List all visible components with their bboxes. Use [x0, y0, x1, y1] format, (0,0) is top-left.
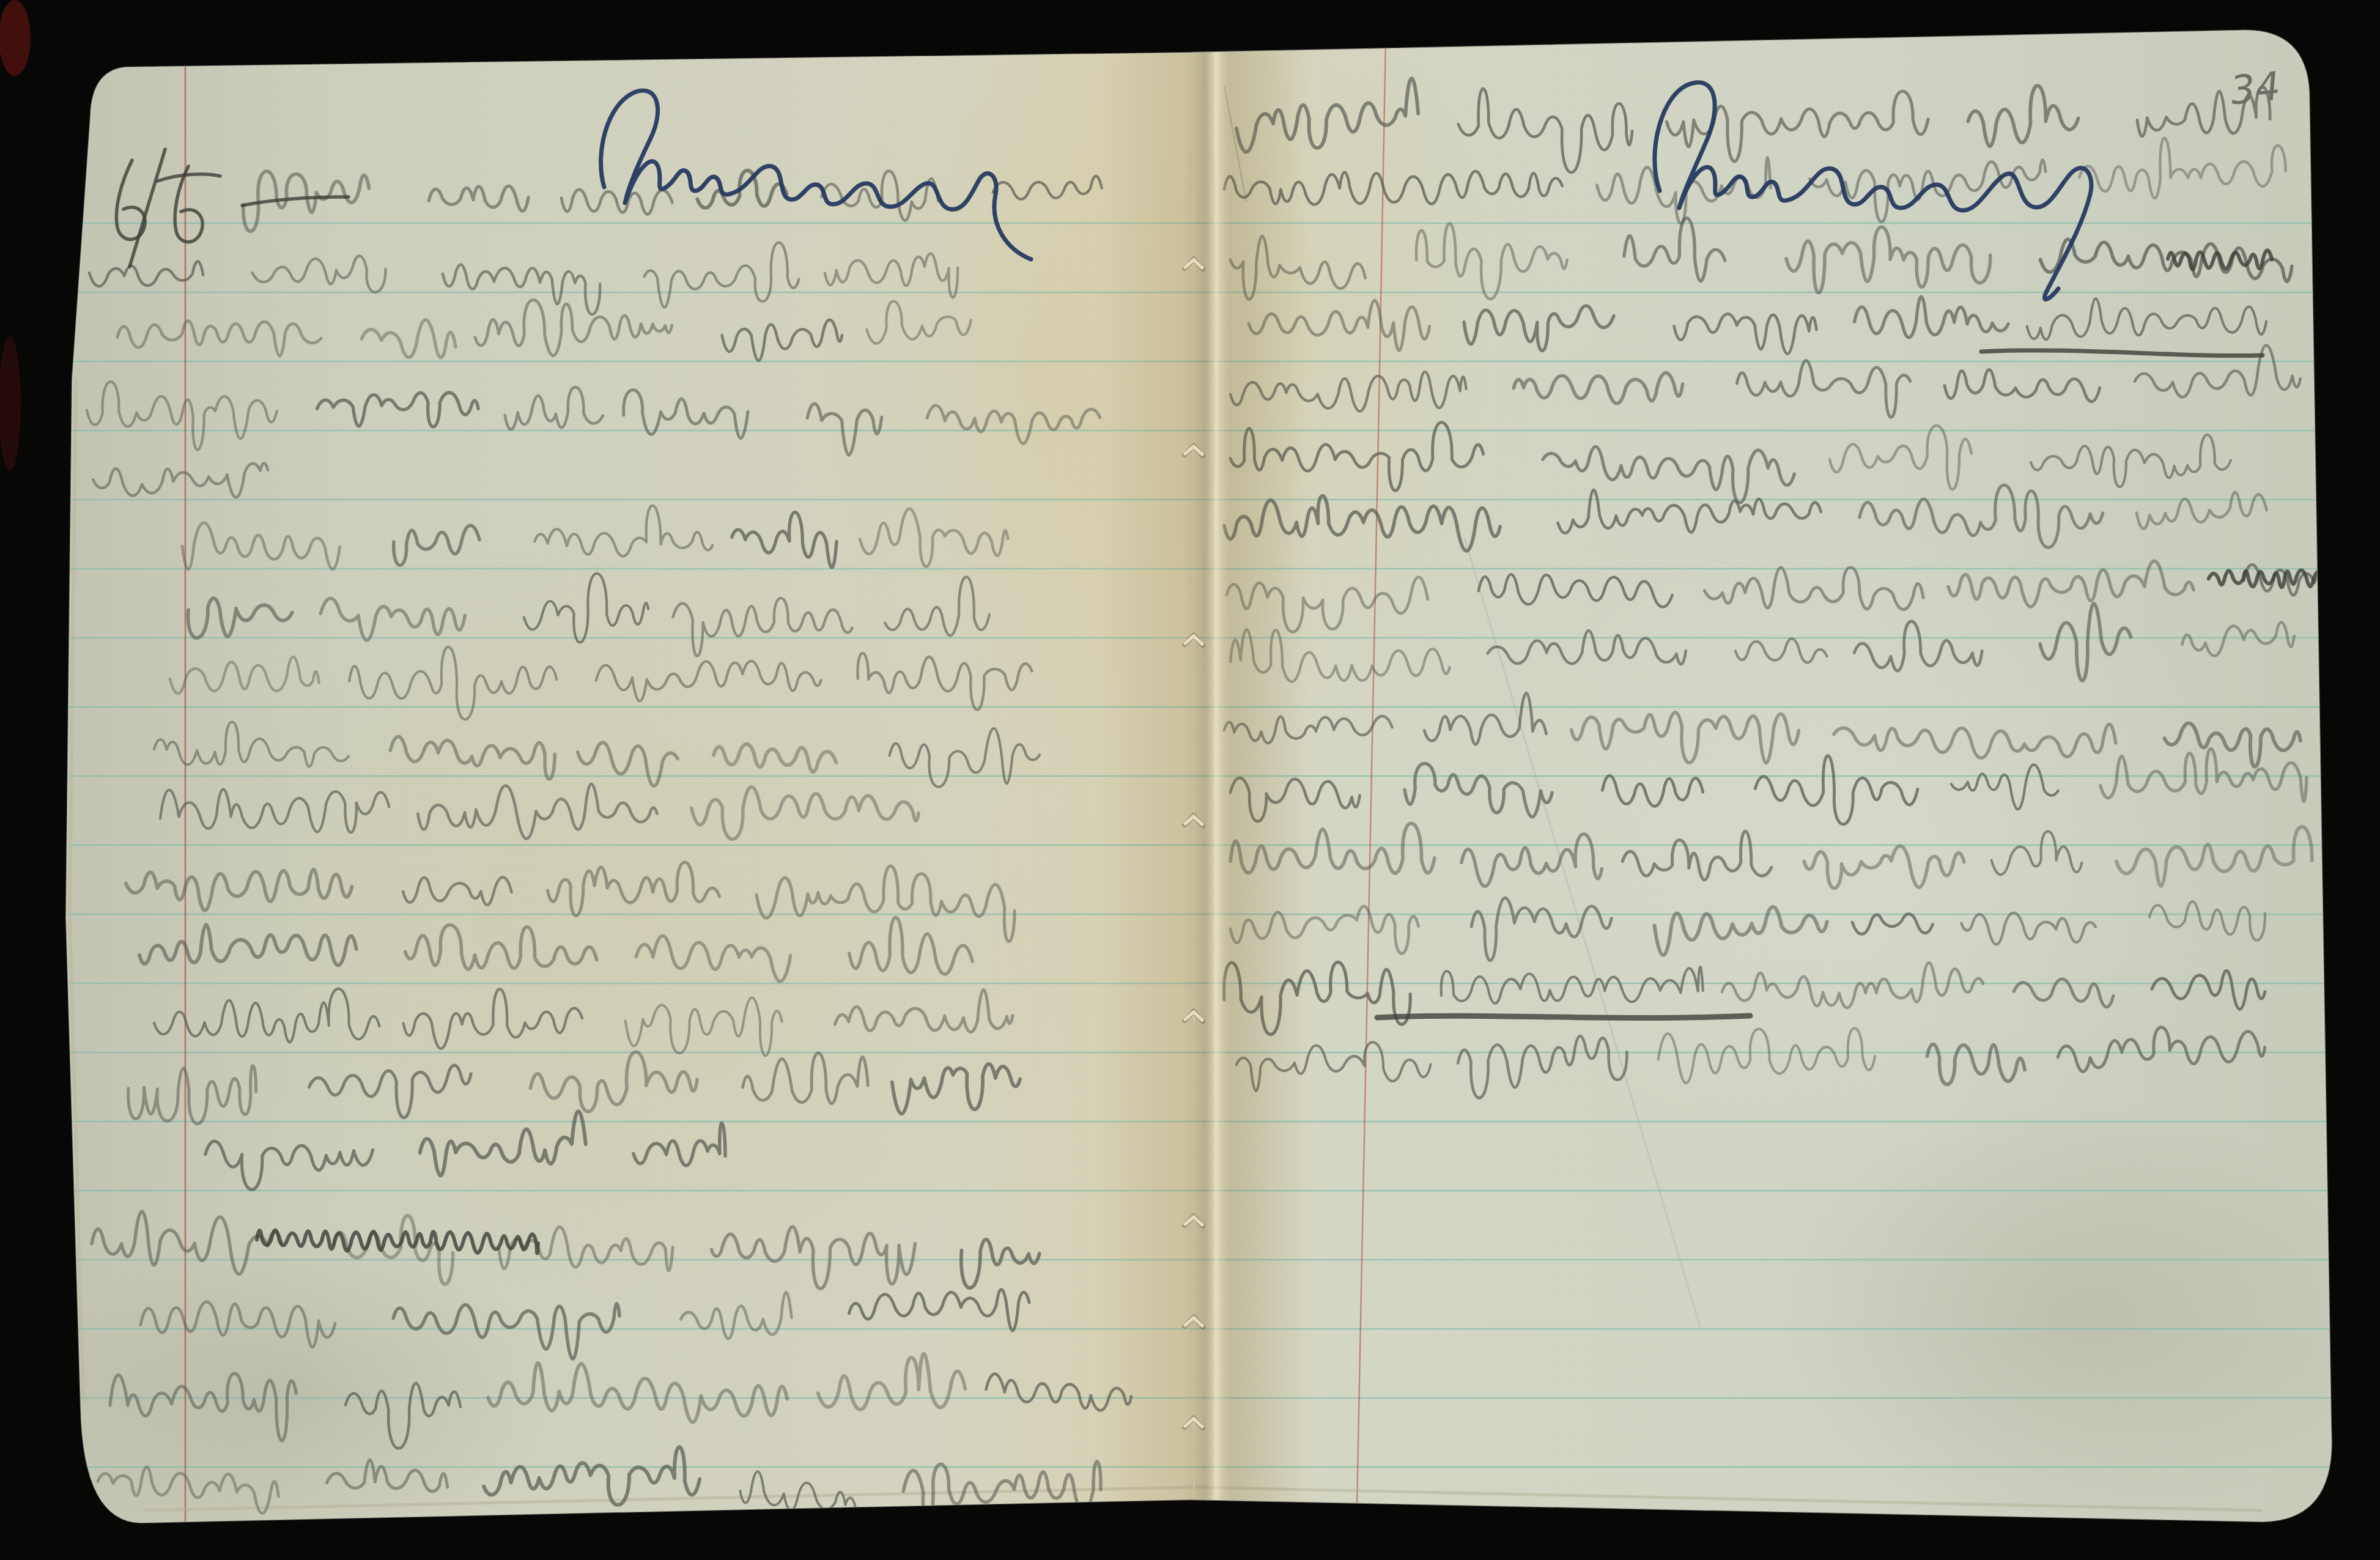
page-number: 34	[2228, 64, 2283, 114]
paper-stain	[1773, 1101, 2380, 1529]
scan-artifact-blob	[0, 336, 21, 471]
paper-stain	[31, 1229, 556, 1559]
scan-artifact-blob	[0, 0, 31, 76]
binding-gutter	[1101, 24, 1309, 1529]
paper-stain	[1462, 514, 2269, 1174]
scan-border-artifacts	[0, 0, 31, 471]
notebook-spread: 34	[0, 0, 2380, 1560]
notebook-scan: 34	[0, 0, 2380, 1560]
gutter-shading	[1101, 24, 1309, 1529]
pencil-underline	[1377, 1016, 1750, 1018]
